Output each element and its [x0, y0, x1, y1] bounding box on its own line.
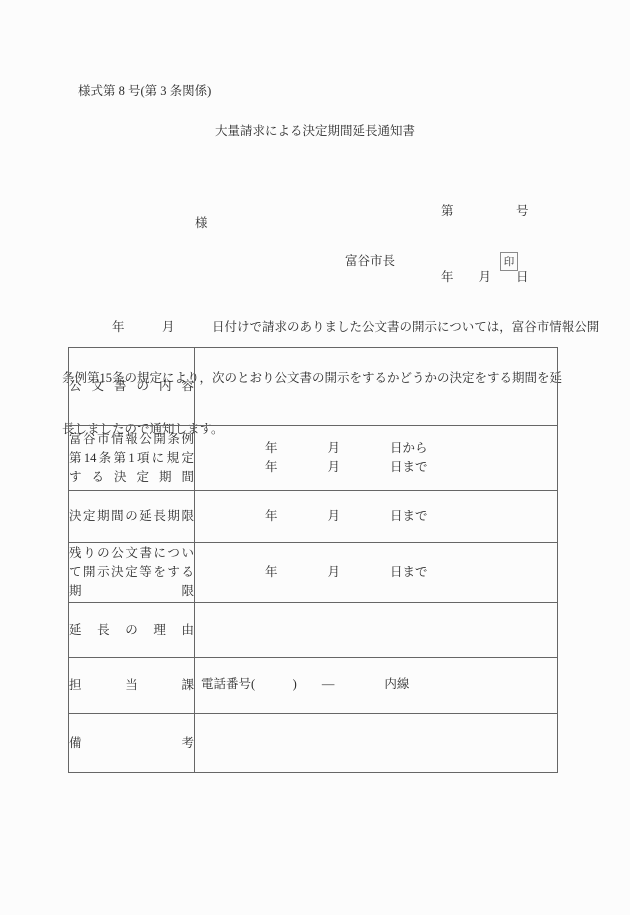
- row-value-responsible-section: 電話番号( ) ― 内線: [195, 658, 558, 714]
- table-row: 備考: [69, 714, 558, 773]
- row-label-remaining-documents: 残りの公文書につい て開示決定等をする 期限: [69, 543, 195, 603]
- date-line-until: 年 月 日まで: [265, 507, 557, 526]
- row-label-text: 期限: [69, 582, 194, 601]
- row-label-text: 公文書の内容: [69, 377, 194, 396]
- row-label-document-contents: 公文書の内容: [69, 348, 195, 426]
- row-value-document-contents: [195, 348, 558, 426]
- row-value-extension-deadline: 年 月 日まで: [195, 491, 558, 543]
- row-label-text: 富谷市情報公開条例: [69, 430, 194, 449]
- row-label-responsible-section: 担当課: [69, 658, 195, 714]
- document-page: 様式第 8 号(第 3 条関係) 大量請求による決定期間延長通知書 第 号 年 …: [0, 0, 630, 915]
- row-label-decision-period: 富谷市情報公開条例 第14条第1項に規定 する決定期間: [69, 426, 195, 491]
- form-number: 様式第 8 号(第 3 条関係): [78, 81, 211, 99]
- table-row: 公文書の内容: [69, 348, 558, 426]
- table-row: 決定期間の延長期限 年 月 日まで: [69, 491, 558, 543]
- table-row: 延長の理由: [69, 603, 558, 658]
- date-line-from: 年 月 日から: [265, 439, 557, 458]
- seal-box: 印: [500, 252, 518, 271]
- row-label-extension-deadline: 決定期間の延長期限: [69, 491, 195, 543]
- document-title: 大量請求による決定期間延長通知書: [0, 121, 630, 139]
- sender-name: 富谷市長: [345, 251, 395, 269]
- phone-number-line: 電話番号( ) ― 内線: [201, 676, 557, 692]
- doc-number-line: 第 号: [441, 200, 529, 222]
- row-label-extension-reason: 延長の理由: [69, 603, 195, 658]
- row-label-text: て開示決定等をする: [69, 563, 194, 582]
- row-label-text: 第14条第1項に規定: [69, 449, 194, 468]
- row-label-remarks: 備考: [69, 714, 195, 773]
- date-line-until: 年 月 日まで: [265, 563, 557, 582]
- row-label-text: 備考: [69, 734, 194, 753]
- table-row: 残りの公文書につい て開示決定等をする 期限 年 月 日まで: [69, 543, 558, 603]
- table-row: 富谷市情報公開条例 第14条第1項に規定 する決定期間 年 月 日から 年 月 …: [69, 426, 558, 491]
- row-value-decision-period: 年 月 日から 年 月 日まで: [195, 426, 558, 491]
- row-label-text: 担当課: [69, 676, 194, 695]
- row-value-extension-reason: [195, 603, 558, 658]
- seal-character: 印: [504, 254, 515, 269]
- row-label-text: 延長の理由: [69, 621, 194, 640]
- row-label-text: 決定期間の延長期限: [69, 507, 194, 526]
- row-value-remaining-documents: 年 月 日まで: [195, 543, 558, 603]
- body-line: 年 月 日付けで請求のありました公文書の開示については，富谷市情報公開: [62, 317, 582, 338]
- row-label-text: する決定期間: [69, 468, 194, 487]
- row-label-text: 残りの公文書につい: [69, 544, 194, 563]
- row-value-remarks: [195, 714, 558, 773]
- addressee-suffix: 様: [195, 213, 208, 231]
- form-table: 公文書の内容 富谷市情報公開条例 第14条第1項に規定 する決定期間 年 月 日…: [68, 347, 558, 773]
- date-line-until: 年 月 日まで: [265, 458, 557, 477]
- table-row: 担当課 電話番号( ) ― 内線: [69, 658, 558, 714]
